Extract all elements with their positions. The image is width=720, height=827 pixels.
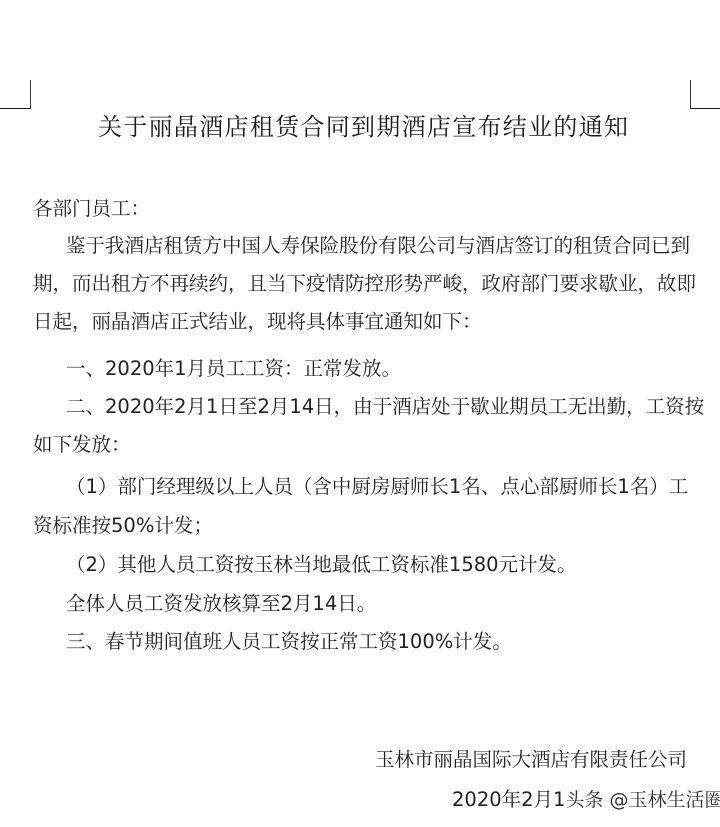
item-2-line-2: 如下发放： <box>33 431 131 459</box>
intro-line-2: 期，而出租方不再续约，且当下疫情防控形势严峻，政府部门要求歇业，故即 <box>33 270 677 298</box>
signature-date: 2020年2月1 <box>452 788 565 811</box>
corner-mark-left <box>0 80 31 109</box>
item-2-line-1: 二、2020年2月1日至2月14日，由于酒店处于歇业期员工无出勤，工资按 <box>66 393 677 421</box>
salutation: 各部门员工： <box>33 195 150 223</box>
sub-item-2: （2）其他人员工资按玉林当地最低工资标准1580元计发。 <box>66 551 577 579</box>
sub-item-1-line-2: 资标准按50%计发； <box>33 512 213 540</box>
intro-line-3: 日起，丽晶酒店正式结业，现将具体事宜通知如下： <box>33 308 482 336</box>
signature-date-line: 2020年2月1头条 @玉林生活圈 <box>452 786 720 814</box>
document-title: 关于丽晶酒店租赁合同到期酒店宣布结业的通知 <box>98 111 628 143</box>
watermark-text: 头条 @玉林生活圈 <box>565 789 720 811</box>
company-name: 玉林市丽晶国际大酒店有限责任公司 <box>375 746 677 774</box>
settlement-note: 全体人员工资发放核算至2月14日。 <box>66 590 376 618</box>
item-3: 三、春节期间值班人员工资按正常工资100%计发。 <box>66 628 512 656</box>
signature-company: 玉林市丽晶国际大酒店有限责任公司 <box>375 746 677 774</box>
sub-item-1-line-1: （1）部门经理级以上人员（含中厨房厨师长1名、点心部厨师长1名）工 <box>66 473 677 501</box>
corner-mark-right <box>690 80 720 109</box>
intro-line-1: 鉴于我酒店租赁方中国人寿保险股份有限公司与酒店签订的租赁合同已到 <box>66 232 677 260</box>
item-1: 一、2020年1月员工工资：正常发放。 <box>66 355 401 383</box>
